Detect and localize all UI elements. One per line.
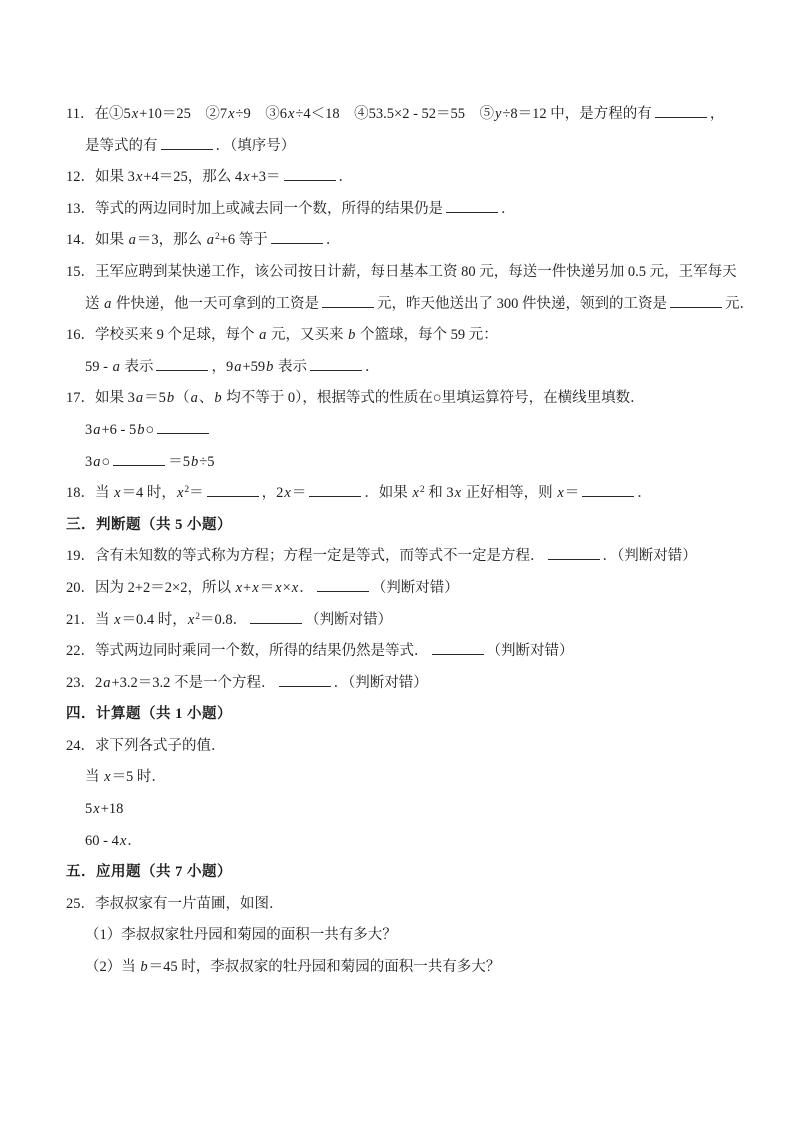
math-variable: x: [131, 106, 139, 122]
text-segment: ÷5: [199, 454, 214, 470]
math-variable: a: [128, 232, 137, 248]
math-variable: a: [92, 422, 101, 438]
math-variable: b: [213, 390, 222, 406]
answer-blank-line: [279, 674, 331, 687]
answer-blank-line: [156, 358, 208, 371]
text-segment: 个篮球，每个 59 元：: [356, 327, 497, 343]
text-segment: +6 等于: [220, 232, 268, 248]
text-segment: 、: [199, 390, 214, 406]
text-segment: ．（填序号）: [216, 138, 296, 154]
math-variable: a: [103, 296, 112, 312]
line-q11-line1: 11．在①5x+10＝25 ②7x÷9 ③6x÷4＜18 ④53.5×2 - 5…: [66, 99, 763, 131]
text-segment: ×: [283, 580, 291, 596]
text-segment: 11．在①5: [66, 106, 131, 122]
answer-blank-line: [582, 484, 634, 497]
text-segment: （判断对错）: [372, 580, 459, 596]
text-segment: ＝5: [144, 390, 166, 406]
line-q16-line1: 16．学校买来 9 个足球，每个 a 元，又买来 b 个篮球，每个 59 元：: [66, 320, 763, 352]
answer-blank-line: [322, 295, 374, 308]
line-q19: 19．含有未知数的等式称为方程；方程一定是等式，而等式不一定是方程．．（判断对错…: [66, 541, 763, 573]
text-segment: ．: [501, 201, 516, 217]
answer-blank-line: [446, 200, 498, 213]
text-segment: （1）李叔叔家牡丹园和菊园的面积一共有多大？: [85, 927, 397, 943]
math-variable: x: [187, 612, 195, 628]
text-segment: ○: [102, 454, 111, 470]
line-q17-line2: 3a+6 - 5b○: [66, 415, 763, 447]
text-segment: ＝5 时．: [112, 769, 166, 785]
line-q17-line3: 3a○＝5b÷5: [66, 447, 763, 479]
text-segment: ÷8＝12 中，是方程的有: [502, 106, 651, 122]
text-segment: 22．等式两边同时乘同一个数，所得的结果仍然是等式．: [66, 643, 429, 659]
line-q21: 21．当 x＝0.4 时，x2＝0.8．（判断对错）: [66, 605, 763, 637]
text-segment: ．: [339, 169, 354, 185]
text-segment: 元．: [725, 296, 754, 312]
text-segment: 17．如果 3: [66, 390, 135, 406]
text-segment: 21．当: [66, 612, 113, 628]
text-segment: ÷9 ③6: [236, 106, 287, 122]
line-section-4-heading: 四．计算题（共 1 小题）: [66, 699, 763, 731]
math-variable: b: [136, 422, 145, 438]
text-segment: （判断对错）: [305, 612, 392, 628]
math-variable: a: [112, 359, 121, 375]
math-variable: x: [556, 485, 564, 501]
math-variable: b: [190, 454, 199, 470]
math-variable: x: [113, 612, 121, 628]
math-variable: x: [411, 485, 419, 501]
math-variable: a: [206, 232, 215, 248]
math-variable: a: [92, 454, 101, 470]
text-segment: （: [175, 390, 190, 406]
text-segment: ○: [146, 422, 155, 438]
text-segment: ÷4＜18 ④53.5×2 - 52＝55 ⑤: [295, 106, 494, 122]
text-segment: +: [243, 580, 251, 596]
line-q14: 14．如果 a＝3，那么 a2+6 等于．: [66, 225, 763, 257]
text-segment: 59 -: [85, 359, 112, 375]
math-variable: x: [242, 169, 250, 185]
answer-blank-line: [113, 453, 165, 466]
line-q16-line2: 59 - a 表示，9a+59b 表示．: [66, 352, 763, 384]
text-segment: +3＝: [251, 169, 281, 185]
line-section-5-heading: 五．应用题（共 7 小题）: [66, 857, 763, 889]
text-segment: ＝: [565, 485, 580, 501]
text-segment: ．（判断对错）: [603, 548, 697, 564]
math-variable: x: [274, 580, 282, 596]
answer-blank-line: [432, 642, 484, 655]
text-segment: ＝: [260, 580, 275, 596]
text-segment: 和 3: [425, 485, 454, 501]
line-q13: 13．等式的两边同时加上或减去同一个数，所得的结果仍是．: [66, 194, 763, 226]
math-variable: a: [102, 675, 111, 691]
text-segment: +6 - 5: [102, 422, 137, 438]
math-variable: b: [139, 959, 148, 975]
text-segment: 四．计算题（共 1 小题）: [66, 706, 232, 722]
answer-blank-line: [157, 421, 209, 434]
math-variable: b: [347, 327, 356, 343]
line-q24-sub2: 5x+18: [66, 794, 763, 826]
text-segment: 当: [85, 769, 103, 785]
line-section-3-heading: 三．判断题（共 5 小题）: [66, 510, 763, 542]
text-segment: 24．求下列各式子的值．: [66, 738, 226, 754]
text-segment: ＝0.4 时，: [122, 612, 187, 628]
line-q20: 20．因为 2+2＝2×2，所以 x+x＝x×x．（判断对错）: [66, 573, 763, 605]
math-variable: b: [166, 390, 175, 406]
line-q25-sub1: （1）李叔叔家牡丹园和菊园的面积一共有多大？: [66, 920, 763, 952]
text-segment: 均不等于 0），根据等式的性质在○里填运算符号，在横线里填数．: [223, 390, 645, 406]
answer-blank-line: [161, 137, 213, 150]
math-variable: x: [92, 801, 100, 817]
text-segment: ．: [299, 580, 314, 596]
text-segment: ．如果: [364, 485, 411, 501]
answer-blank-line: [250, 611, 302, 624]
text-segment: 表示: [274, 359, 307, 375]
text-segment: ＝45 时，李叔叔家的牡丹园和菊园的面积一共有多大？: [149, 959, 501, 975]
text-segment: 19．含有未知数的等式称为方程；方程一定是等式，而等式不一定是方程．: [66, 548, 545, 564]
math-variable: x: [454, 485, 462, 501]
answer-blank-line: [670, 295, 722, 308]
text-segment: 三．判断题（共 5 小题）: [66, 517, 232, 533]
text-segment: 25．李叔叔家有一片苗圃，如图．: [66, 896, 284, 912]
math-variable: x: [291, 580, 299, 596]
text-segment: +10＝25 ②7: [139, 106, 227, 122]
math-variable: x: [103, 769, 111, 785]
math-variable: x: [283, 485, 291, 501]
text-segment: 16．学校买来 9 个足球，每个: [66, 327, 258, 343]
line-q25: 25．李叔叔家有一片苗圃，如图．: [66, 889, 763, 921]
line-q24-sub3: 60 - 4x．: [66, 826, 763, 858]
text-segment: ．（判断对错）: [334, 675, 428, 691]
text-segment: 正好相等，则: [462, 485, 556, 501]
line-q17-line1: 17．如果 3a＝5b（a、b 均不等于 0），根据等式的性质在○里填运算符号，…: [66, 383, 763, 415]
line-q15-line2: 送 a 件快递，他一天可拿到的工资是元，昨天他送出了 300 件快递，领到的工资…: [66, 289, 763, 321]
text-segment: 15．王军应聘到某快递工作，该公司按日计薪，每日基本工资 80 元，每送一件快递…: [66, 264, 737, 280]
text-segment: （2）当: [85, 959, 139, 975]
text-segment: ．: [365, 359, 380, 375]
text-segment: ．: [127, 833, 142, 849]
text-segment: ，9: [211, 359, 233, 375]
answer-blank-line: [284, 168, 336, 181]
text-segment: ＝: [189, 485, 204, 501]
text-segment: +4＝25，那么 4: [143, 169, 242, 185]
answer-blank-line: [548, 547, 600, 560]
answer-blank-line: [309, 484, 361, 497]
text-segment: ．: [326, 232, 341, 248]
answer-blank-line: [271, 231, 323, 244]
math-variable: a: [258, 327, 267, 343]
answer-blank-line: [207, 484, 259, 497]
math-variable: x: [227, 106, 235, 122]
text-segment: 60 - 4: [85, 833, 119, 849]
line-q18: 18．当 x＝4 时，x2＝，2x＝．如果 x2 和 3x 正好相等，则 x＝．: [66, 478, 763, 510]
line-q25-sub2: （2）当 b＝45 时，李叔叔家的牡丹园和菊园的面积一共有多大？: [66, 952, 763, 984]
text-segment: 13．等式的两边同时加上或减去同一个数，所得的结果仍是: [66, 201, 443, 217]
text-segment: 23．2: [66, 675, 102, 691]
text-segment: 18．当: [66, 485, 113, 501]
text-segment: 五．应用题（共 7 小题）: [66, 864, 232, 880]
text-segment: ＝3，那么: [137, 232, 206, 248]
math-variable: a: [190, 390, 199, 406]
line-q24: 24．求下列各式子的值．: [66, 731, 763, 763]
text-segment: 送: [85, 296, 103, 312]
text-segment: 14．如果: [66, 232, 128, 248]
text-segment: +3.2＝3.2 不是一个方程．: [112, 675, 276, 691]
math-variable: a: [135, 390, 144, 406]
text-segment: ＝5: [168, 454, 190, 470]
text-segment: 20．因为 2+2＝2×2，所以: [66, 580, 235, 596]
line-q12: 12．如果 3x+4＝25，那么 4x+3＝．: [66, 162, 763, 194]
text-segment: ，: [710, 106, 725, 122]
text-segment: ＝4 时，: [122, 485, 176, 501]
answer-blank-line: [310, 358, 362, 371]
math-variable: x: [251, 580, 259, 596]
text-segment: +59: [242, 359, 265, 375]
line-q24-sub1: 当 x＝5 时．: [66, 762, 763, 794]
math-variable: x: [235, 580, 243, 596]
answer-blank-line: [317, 579, 369, 592]
math-variable: x: [113, 485, 121, 501]
text-segment: ，2: [262, 485, 284, 501]
line-q15-line1: 15．王军应聘到某快递工作，该公司按日计薪，每日基本工资 80 元，每送一件快递…: [66, 257, 763, 289]
answer-blank-line: [655, 105, 707, 118]
worksheet-page: 11．在①5x+10＝25 ②7x÷9 ③6x÷4＜18 ④53.5×2 - 5…: [0, 0, 793, 1122]
text-segment: （判断对错）: [487, 643, 574, 659]
line-q22: 22．等式两边同时乘同一个数，所得的结果仍然是等式．（判断对错）: [66, 636, 763, 668]
text-segment: ＝0.8．: [200, 612, 247, 628]
line-q11-line2: 是等式的有．（填序号）: [66, 131, 763, 163]
document-content: 11．在①5x+10＝25 ②7x÷9 ③6x÷4＜18 ④53.5×2 - 5…: [66, 99, 763, 984]
text-segment: +18: [101, 801, 124, 817]
text-segment: 元，昨天他送出了 300 件快递，领到的工资是: [377, 296, 667, 312]
text-segment: 件快递，他一天可拿到的工资是: [112, 296, 319, 312]
text-segment: ＝: [292, 485, 307, 501]
text-segment: 12．如果 3: [66, 169, 135, 185]
line-q23: 23．2a+3.2＝3.2 不是一个方程．．（判断对错）: [66, 668, 763, 700]
text-segment: 表示: [121, 359, 154, 375]
text-segment: ．: [637, 485, 652, 501]
text-segment: 是等式的有: [85, 138, 158, 154]
text-segment: 元，又买来: [267, 327, 347, 343]
